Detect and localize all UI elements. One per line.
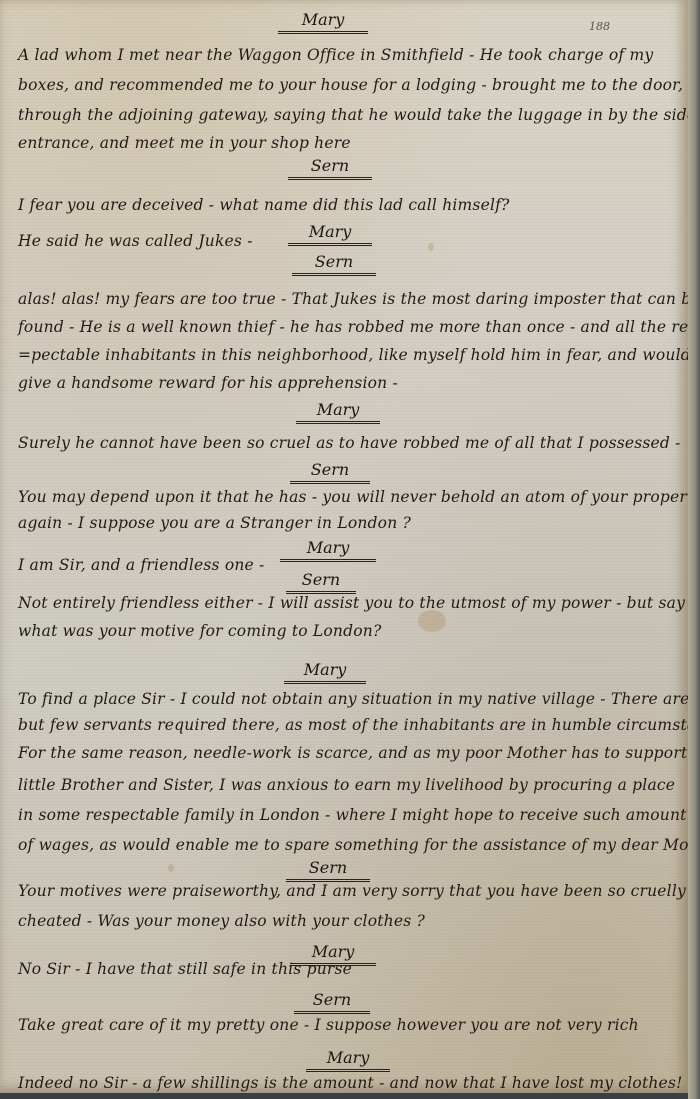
dialogue-line: give a handsome reward for his apprehens… <box>18 374 398 392</box>
ink-stain <box>428 243 434 251</box>
dialogue-line: through the adjoining gateway, saying th… <box>18 106 696 124</box>
dialogue-line: You may depend upon it that he has - you… <box>18 488 700 506</box>
speaker-heading-mary: Mary <box>278 12 368 34</box>
dialogue-line: cheated - Was your money also with your … <box>18 912 425 930</box>
water-stain <box>418 610 446 632</box>
dialogue-line: boxes, and recommended me to your house … <box>18 76 700 94</box>
speaker-heading-mary: Mary <box>290 944 376 966</box>
dialogue-line: of wages, as would enable me to spare so… <box>18 836 700 854</box>
dialogue-line: what was your motive for coming to Londo… <box>18 622 381 640</box>
manuscript-page: 188 Mary A lad whom I met near the Waggo… <box>0 0 691 1093</box>
dialogue-line: Take great care of it my pretty one - I … <box>18 1016 639 1034</box>
speaker-heading-sern: Sern <box>294 992 370 1014</box>
dialogue-line: Surely he cannot have been so cruel as t… <box>18 434 681 452</box>
speaker-heading-mary: Mary <box>288 224 372 246</box>
ink-stain <box>168 864 174 872</box>
dialogue-line: again - I suppose you are a Stranger in … <box>18 514 411 532</box>
dialogue-line: entrance, and meet me in your shop here <box>18 134 351 152</box>
speaker-heading-mary: Mary <box>284 662 366 684</box>
dialogue-line: Indeed no Sir - a few shillings is the a… <box>18 1074 683 1092</box>
dialogue-line: alas! alas! my fears are too true - That… <box>18 290 700 308</box>
dialogue-line: Not entirely friendless either - I will … <box>18 594 685 612</box>
speaker-heading-sern: Sern <box>286 860 370 882</box>
dialogue-line: He said he was called Jukes - <box>18 232 253 250</box>
dialogue-line: but few servants required there, as most… <box>18 716 700 734</box>
speaker-heading-sern: Sern <box>292 254 376 276</box>
speaker-heading-sern: Sern <box>286 572 356 594</box>
speaker-heading-mary: Mary <box>296 402 380 424</box>
dialogue-line: I fear you are deceived - what name did … <box>18 196 510 214</box>
speaker-heading-sern: Sern <box>288 158 372 180</box>
speaker-heading-mary: Mary <box>280 540 376 562</box>
dialogue-line: I am Sir, and a friendless one - <box>18 556 265 574</box>
dialogue-line: found - He is a well known thief - he ha… <box>18 318 700 336</box>
dialogue-line: =pectable inhabitants in this neighborho… <box>18 346 691 364</box>
speaker-heading-sern: Sern <box>290 462 370 484</box>
dialogue-line: in some respectable family in London - w… <box>18 806 687 824</box>
dialogue-line: To find a place Sir - I could not obtain… <box>18 690 689 708</box>
folio-number: 188 <box>589 20 610 33</box>
dialogue-line: For the same reason, needle-work is scar… <box>18 744 700 762</box>
dialogue-line: Your motives were praiseworthy, and I am… <box>18 882 686 900</box>
dialogue-line: A lad whom I met near the Waggon Office … <box>18 46 653 64</box>
page-edge-shadow <box>688 0 700 1099</box>
speaker-heading-mary: Mary <box>306 1050 390 1072</box>
dialogue-line: little Brother and Sister, I was anxious… <box>18 776 675 794</box>
